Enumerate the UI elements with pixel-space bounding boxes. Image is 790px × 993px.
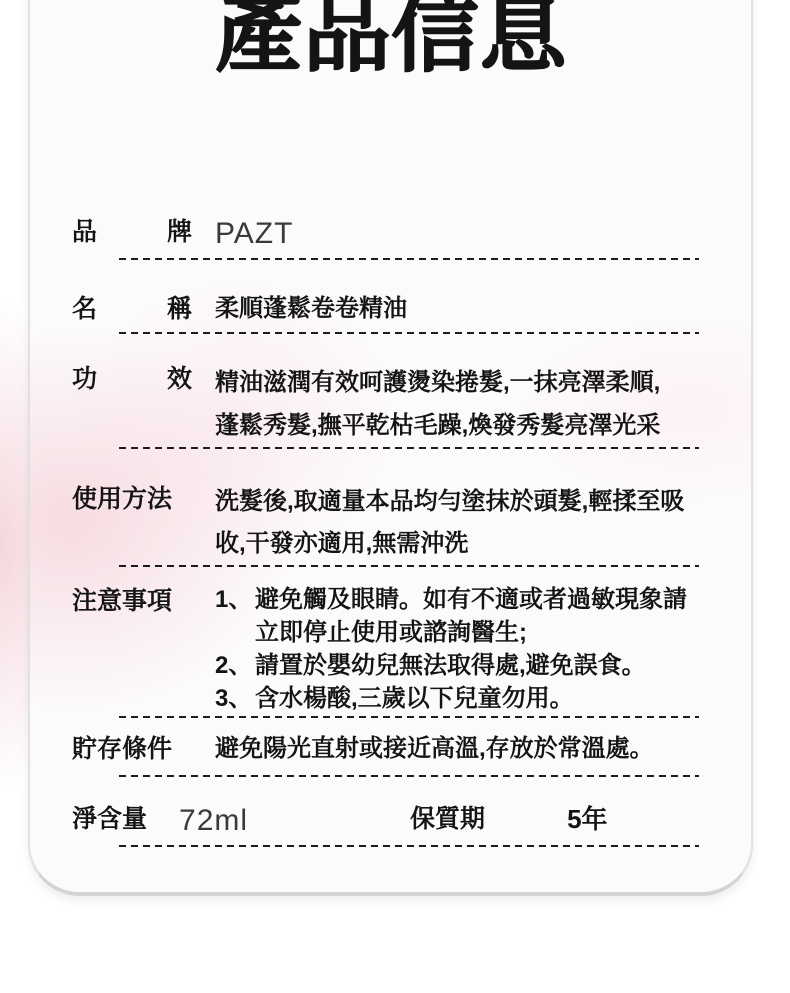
shelf-life-value: 5年 — [567, 801, 607, 837]
net-content-value: 72ml — [179, 803, 248, 839]
page-title: 產品信息 — [72, 0, 711, 81]
usage-line: 收,干發亦適用,無需沖洗 — [215, 523, 707, 565]
name-label: 名 稱 — [72, 291, 192, 327]
precaution-item: 2、 請置於嬰幼兒無法取得處,避免誤食。 — [215, 649, 711, 682]
storage-label: 貯存條件 — [72, 731, 192, 767]
effect-label-char: 效 — [167, 361, 192, 397]
effect-value: 精油滋潤有效呵護燙染捲髮,一抹亮澤柔順, 蓬鬆秀髮,撫平乾枯毛躁,煥發秀髮亮澤光… — [215, 361, 707, 447]
effect-line: 蓬鬆秀髮,撫平乾枯毛躁,煥發秀髮亮澤光采 — [215, 404, 707, 447]
name-row: 名 稱 柔順蓬鬆卷卷精油 — [72, 260, 711, 332]
usage-row: 使用方法 洗髮後,取適量本品均勻塗抹於頭髮,輕揉至吸 收,干發亦適用,無需沖洗 — [72, 449, 711, 565]
effect-label-char: 功 — [72, 361, 97, 397]
precaution-item: 3、 含水楊酸,三歲以下兒童勿用。 — [215, 682, 711, 715]
shelf-life-label: 保質期 — [410, 801, 485, 837]
precautions-row: 注意事項 1、 避免觸及眼睛。如有不適或者過敏現象請 立即停止使用或諮詢醫生; … — [72, 567, 711, 716]
precautions-list: 1、 避免觸及眼睛。如有不適或者過敏現象請 立即停止使用或諮詢醫生; 2、 請置… — [215, 583, 711, 715]
net-content-label: 淨含量 — [72, 801, 147, 837]
effect-row: 功 效 精油滋潤有效呵護燙染捲髮,一抹亮澤柔順, 蓬鬆秀髮,撫平乾枯毛躁,煥發秀… — [72, 334, 711, 447]
precaution-number: 1、 — [215, 583, 255, 649]
brand-label-char: 品 — [72, 214, 97, 250]
precaution-item: 1、 避免觸及眼睛。如有不適或者過敏現象請 立即停止使用或諮詢醫生; — [215, 583, 711, 649]
product-info-card: 產品信息 品 牌 PAZT 名 稱 柔順蓬鬆卷卷精油 功 效 精油滋潤有效呵護燙… — [28, 0, 753, 896]
effect-label: 功 效 — [72, 361, 192, 397]
name-value: 柔順蓬鬆卷卷精油 — [215, 291, 407, 327]
precautions-label: 注意事項 — [72, 583, 192, 619]
brand-value: PAZT — [215, 216, 293, 252]
precaution-number: 3、 — [215, 682, 255, 715]
brand-row: 品 牌 PAZT — [72, 81, 711, 258]
usage-label: 使用方法 — [72, 481, 192, 517]
brand-label-char: 牌 — [167, 214, 192, 250]
storage-row: 貯存條件 避免陽光直射或接近高溫,存放於常溫處。 — [72, 718, 711, 775]
effect-line: 精油滋潤有效呵護燙染捲髮,一抹亮澤柔順, — [215, 361, 707, 404]
net-content-row: 淨含量 72ml 保質期 5年 — [72, 777, 711, 845]
brand-label: 品 牌 — [72, 214, 192, 250]
name-label-char: 稱 — [167, 291, 192, 327]
usage-line: 洗髮後,取適量本品均勻塗抹於頭髮,輕揉至吸 — [215, 481, 707, 523]
usage-value: 洗髮後,取適量本品均勻塗抹於頭髮,輕揉至吸 收,干發亦適用,無需沖洗 — [215, 481, 707, 565]
storage-value: 避免陽光直射或接近高溫,存放於常溫處。 — [215, 731, 654, 767]
precaution-text: 含水楊酸,三歲以下兒童勿用。 — [255, 682, 711, 715]
precaution-text: 避免觸及眼睛。如有不適或者過敏現象請 立即停止使用或諮詢醫生; — [255, 583, 711, 649]
dashed-divider — [119, 845, 699, 847]
precaution-text: 請置於嬰幼兒無法取得處,避免誤食。 — [255, 649, 711, 682]
precaution-number: 2、 — [215, 649, 255, 682]
name-label-char: 名 — [72, 291, 97, 327]
